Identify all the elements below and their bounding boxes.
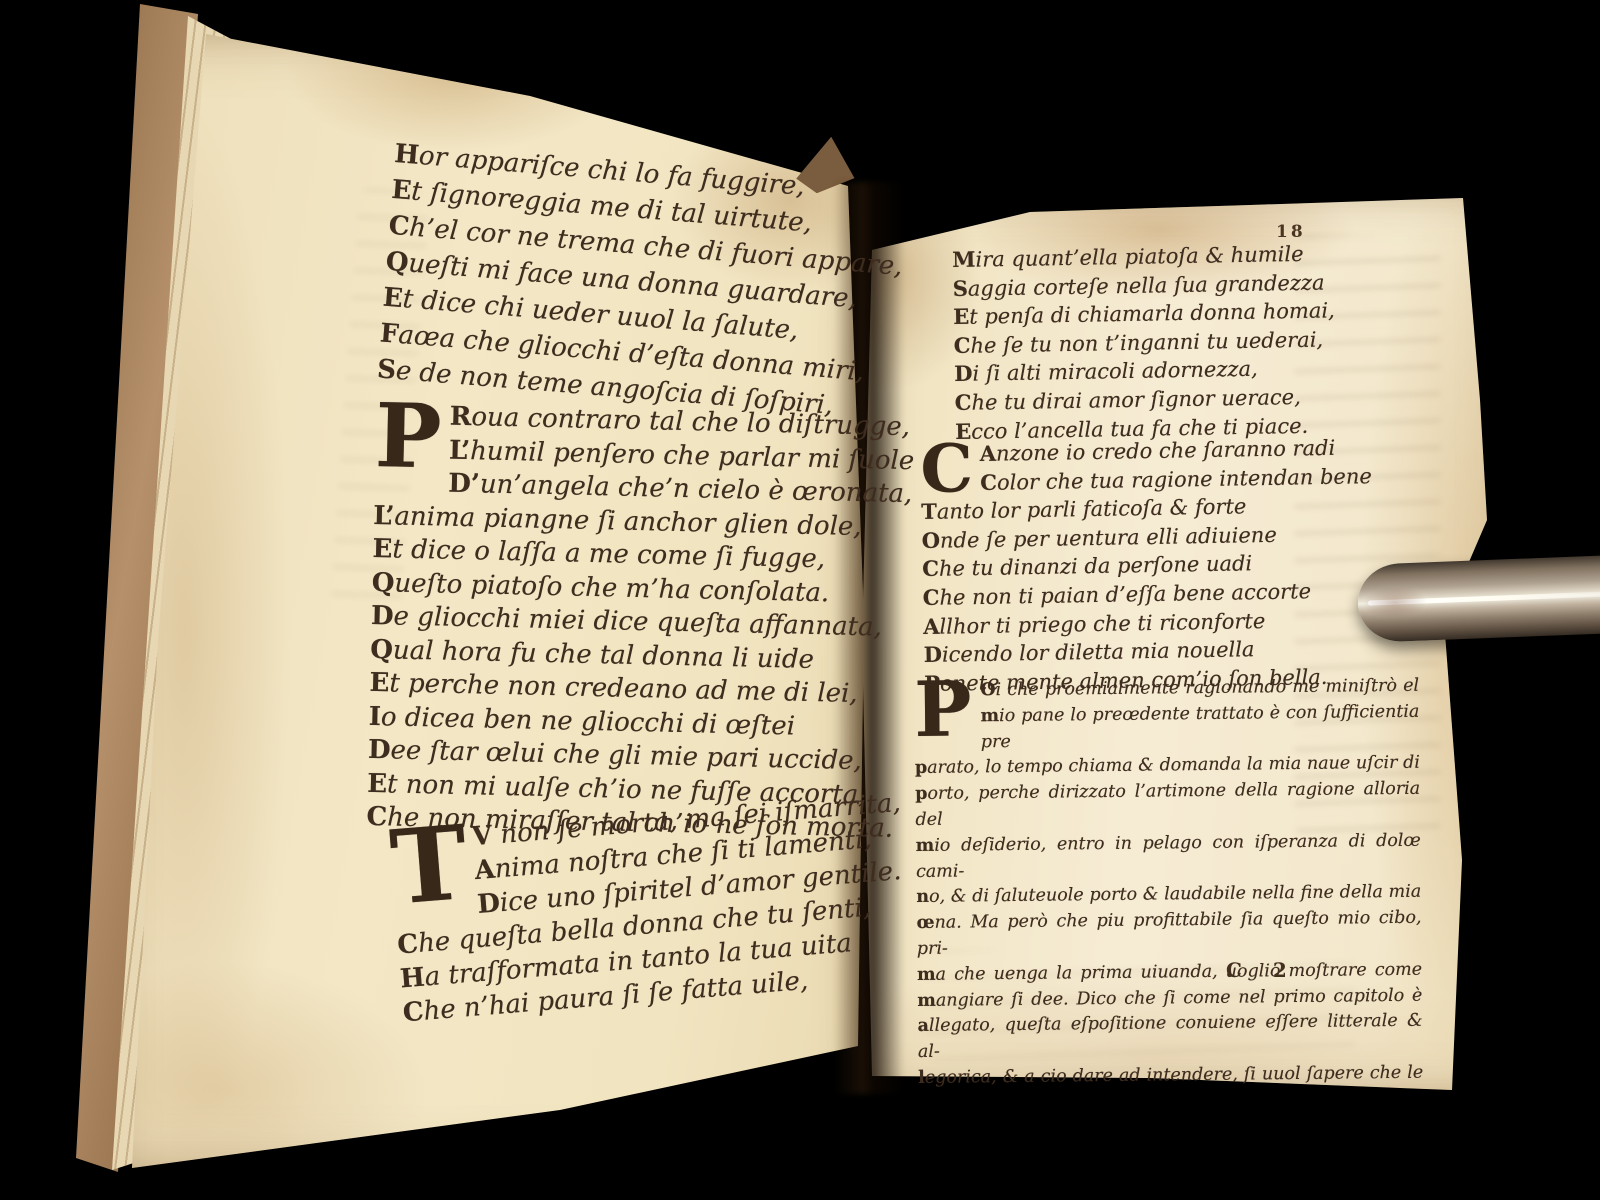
book-photo: Hor appariſce chi lo fa fuggire,Et ſigno…	[0, 0, 1600, 1200]
verse-stanza: T V non ſe morta, ma ſei iſmarrita,Anima…	[388, 789, 878, 1030]
verse-stanza: Mira quant’ella piatoſa & humileSaggia c…	[952, 239, 1337, 446]
drop-cap: T	[388, 827, 470, 907]
prose-line: mio deſiderio, entro in pelago con iſper…	[916, 828, 1422, 885]
prose-line: porto, perche dirizzato l’artimone della…	[915, 777, 1421, 834]
drop-cap: P	[374, 403, 442, 468]
metal-pointer	[1357, 556, 1600, 643]
verse-stanza: C Anzone io credo che ſaranno radiColor …	[920, 434, 1328, 698]
prose-line: legorica, & a cio dare ad intendere, ſi …	[918, 1061, 1423, 1092]
drop-cap: P	[914, 681, 972, 744]
prose-line: allegato, queſta eſpoſitione conuiene eſ…	[918, 1009, 1424, 1066]
prose-line: mio pane lo preœdente trattato è con ſuf…	[914, 700, 1420, 757]
prose-line: œna. Ma però che piu profittabile ſia qu…	[916, 906, 1422, 963]
signature-mark: C 2	[1226, 958, 1287, 982]
prose-paragraph: P Oi che proemialmente ragionando me min…	[914, 674, 1423, 1092]
verse-stanza: P Roua contraro tal che lo diſtrugge,L’h…	[366, 399, 902, 846]
drop-cap: C	[920, 443, 973, 496]
verse-stanza: Hor appariſce chi lo fa fuggire,Et ſigno…	[376, 136, 910, 429]
